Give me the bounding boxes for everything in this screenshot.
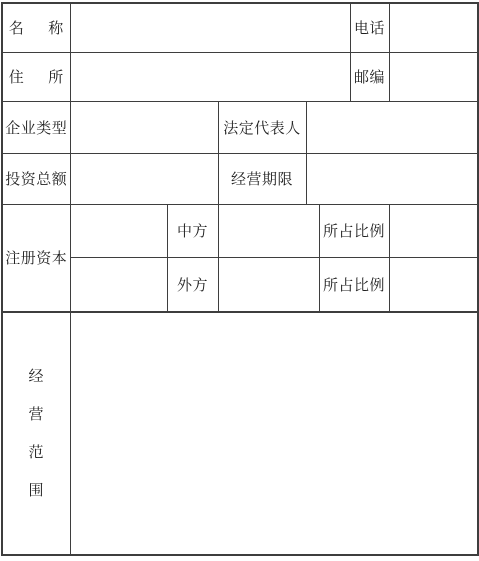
chinese-ratio-label-cell: 所占比例 bbox=[319, 204, 389, 257]
registration-form-table: 名称 电话 住所 邮编 企业类型 法定代表人 bbox=[1, 2, 479, 556]
legal-representative-value-cell bbox=[306, 101, 478, 153]
legal-representative-label: 法定代表人 bbox=[223, 121, 301, 137]
total-investment-label: 投资总额 bbox=[5, 172, 67, 188]
chinese-ratio-label: 所占比例 bbox=[323, 224, 385, 240]
foreign-party-value-cell bbox=[218, 257, 319, 312]
name-label: 名称 bbox=[9, 17, 64, 38]
total-investment-label-cell: 投资总额 bbox=[2, 153, 70, 204]
total-investment-row: 投资总额 经营期限 bbox=[2, 153, 478, 204]
business-term-label: 经营期限 bbox=[231, 172, 293, 188]
capital-chinese-row: 注册资本 中方 所占比例 bbox=[2, 204, 478, 257]
business-scope-value-cell bbox=[70, 312, 478, 555]
phone-value-cell bbox=[389, 3, 478, 52]
name-label-cell: 名称 bbox=[2, 3, 70, 52]
name-row: 名称 电话 bbox=[2, 3, 478, 52]
business-scope-label: 经营范围 bbox=[27, 358, 45, 510]
capital-amount-cell-foreign bbox=[70, 257, 167, 312]
chinese-ratio-value-cell bbox=[389, 204, 478, 257]
enterprise-type-row: 企业类型 法定代表人 bbox=[2, 101, 478, 153]
chinese-party-label: 中方 bbox=[177, 224, 208, 240]
business-scope-row: 经营范围 bbox=[2, 312, 478, 555]
foreign-ratio-value-cell bbox=[389, 257, 478, 312]
form-document-page: 名称 电话 住所 邮编 企业类型 法定代表人 bbox=[0, 0, 479, 561]
capital-amount-cell-chinese bbox=[70, 204, 167, 257]
chinese-party-label-cell: 中方 bbox=[167, 204, 218, 257]
phone-label: 电话 bbox=[354, 21, 385, 37]
business-term-label-cell: 经营期限 bbox=[218, 153, 306, 204]
postal-code-value-cell bbox=[389, 52, 478, 101]
foreign-party-label: 外方 bbox=[177, 278, 208, 294]
name-value-cell bbox=[70, 3, 350, 52]
enterprise-type-value-cell bbox=[70, 101, 218, 153]
registered-capital-label: 注册资本 bbox=[5, 251, 67, 267]
enterprise-type-label: 企业类型 bbox=[5, 121, 67, 137]
address-label: 住所 bbox=[9, 66, 64, 87]
phone-label-cell: 电话 bbox=[350, 3, 389, 52]
foreign-party-label-cell: 外方 bbox=[167, 257, 218, 312]
postal-code-label-cell: 邮编 bbox=[350, 52, 389, 101]
chinese-party-value-cell bbox=[218, 204, 319, 257]
enterprise-type-label-cell: 企业类型 bbox=[2, 101, 70, 153]
foreign-ratio-label-cell: 所占比例 bbox=[319, 257, 389, 312]
registered-capital-label-cell: 注册资本 bbox=[2, 204, 70, 312]
foreign-ratio-label: 所占比例 bbox=[323, 278, 385, 294]
total-investment-value-cell bbox=[70, 153, 218, 204]
legal-representative-label-cell: 法定代表人 bbox=[218, 101, 306, 153]
address-value-cell bbox=[70, 52, 350, 101]
postal-code-label: 邮编 bbox=[354, 70, 385, 86]
business-scope-label-cell: 经营范围 bbox=[2, 312, 70, 555]
business-term-value-cell bbox=[306, 153, 478, 204]
address-row: 住所 邮编 bbox=[2, 52, 478, 101]
capital-foreign-row: 外方 所占比例 bbox=[2, 257, 478, 312]
address-label-cell: 住所 bbox=[2, 52, 70, 101]
